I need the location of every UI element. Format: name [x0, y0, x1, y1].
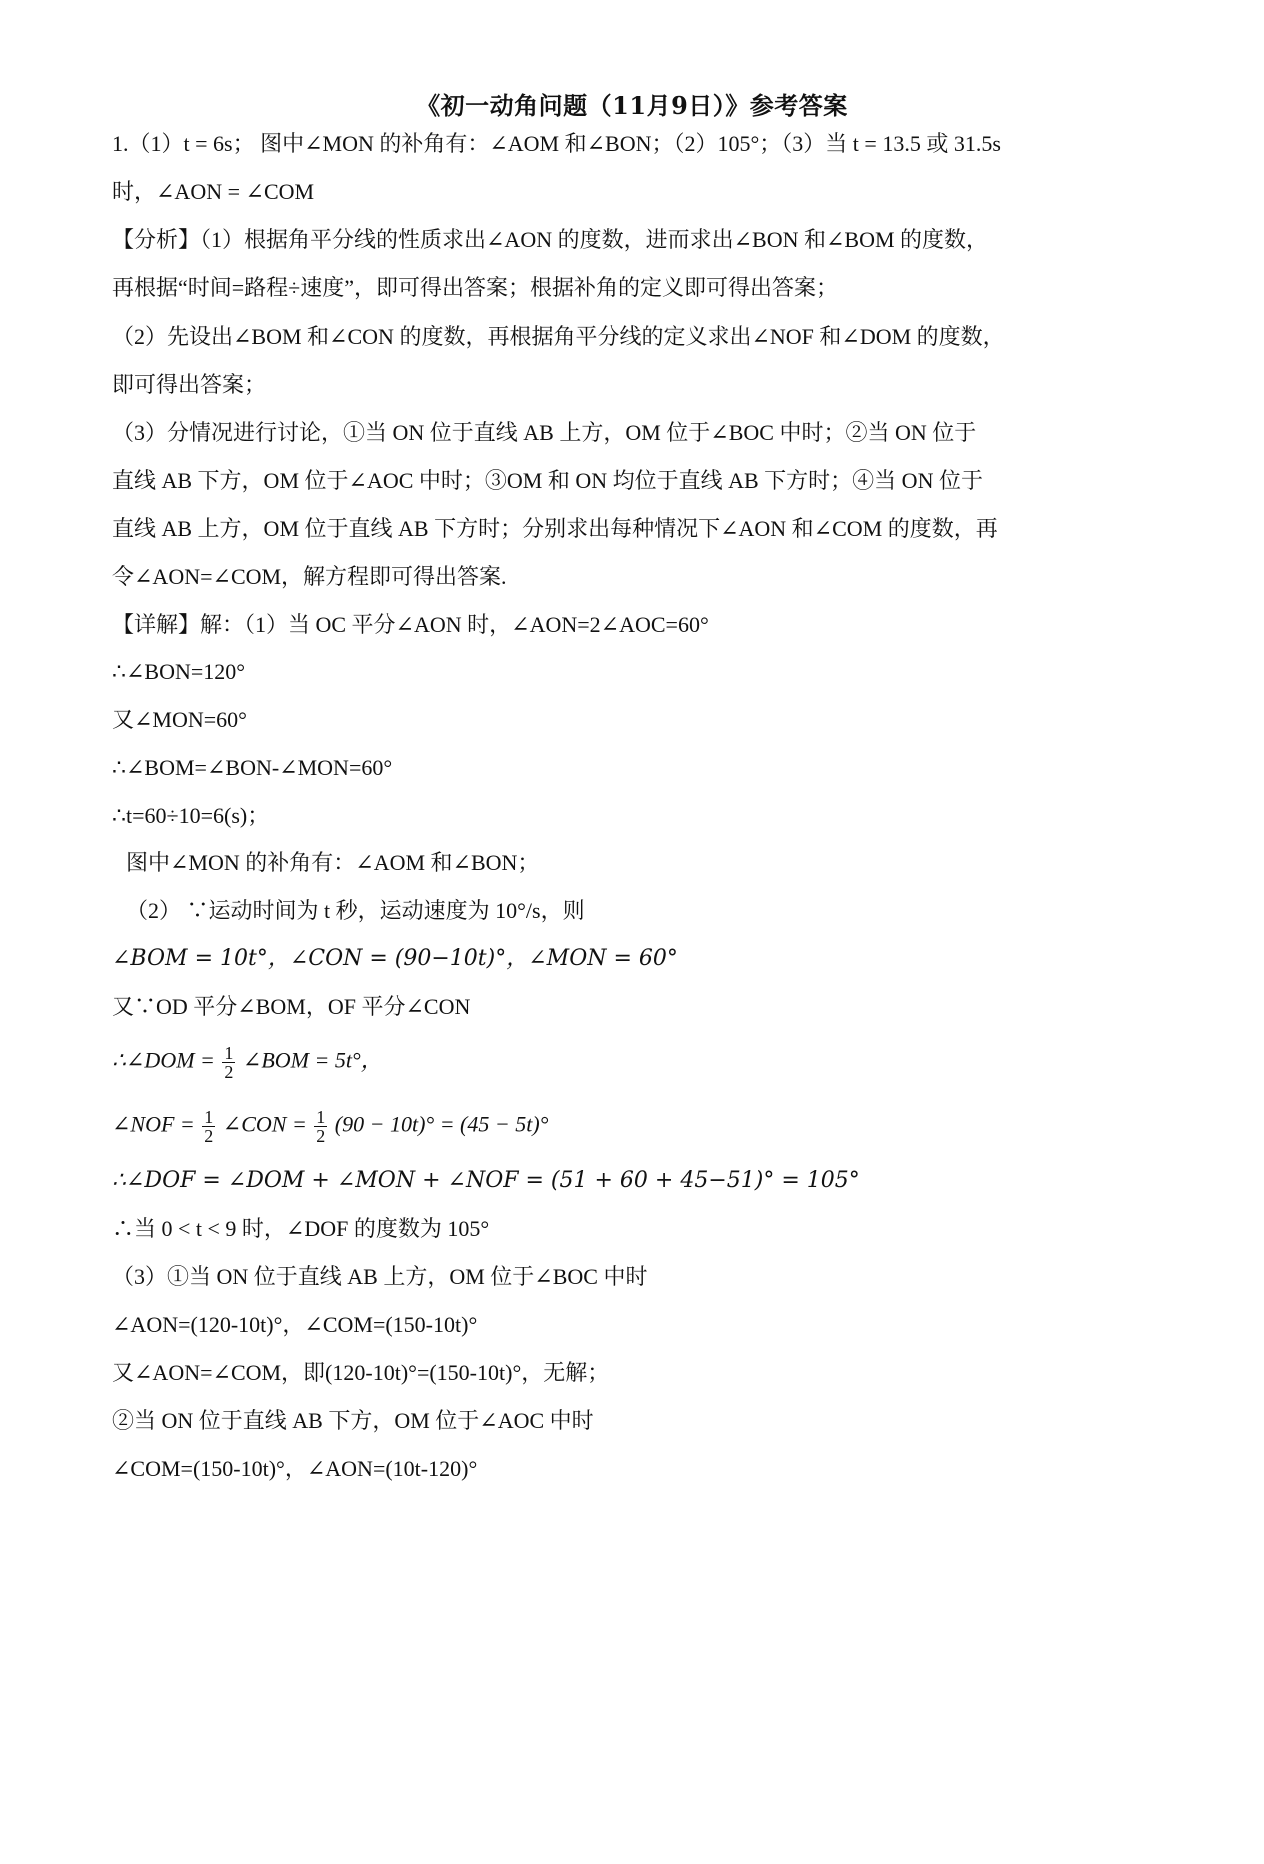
analysis-line-6: 直线 AB 下方，OM 位于∠AOC 中时；③OM 和 ON 均位于直线 AB …: [112, 466, 983, 496]
fraction-numerator: 1: [222, 1044, 235, 1063]
document-page: 《初一动角问题（11月9日）》参考答案 1.（1）t = 6s； 图中∠MON …: [0, 0, 1264, 1864]
detail-line-4: ∴∠BOM=∠BON-∠MON=60°: [112, 753, 392, 783]
dom-rhs: ∠BOM = 5t°，: [243, 1048, 383, 1073]
detail-line-6: 图中∠MON 的补角有：∠AOM 和∠BON；: [126, 848, 539, 878]
detail-line-18: ∠COM=(150-10t)°，∠AON=(10t-120)°: [112, 1454, 477, 1484]
detail-line-8: ∠BOM = 10t°，∠CON = (90−10t)°，∠MON = 60°: [112, 944, 678, 974]
detail-line-15: ∠AON=(120-10t)°，∠COM=(150-10t)°: [112, 1310, 477, 1340]
fraction-numerator: 1: [314, 1108, 327, 1127]
detail-line-5: ∴t=60÷10=6(s)；: [112, 801, 269, 831]
detail-line-13: ∴当 0 < t < 9 时，∠DOF 的度数为 105°: [112, 1214, 489, 1244]
analysis-line-3: （2）先设出∠BOM 和∠CON 的度数，再根据角平分线的定义求出∠NOF 和∠…: [112, 322, 1005, 352]
detail-line-3: 又∠MON=60°: [112, 705, 247, 735]
answer-line-2: 时，∠AON = ∠COM: [112, 177, 314, 207]
nof-mid: ∠CON =: [223, 1112, 307, 1137]
detail-line-7: （2） ∵运动时间为 t 秒，运动速度为 10°/s，则: [126, 896, 585, 926]
detail-line-1: 【详解】解：（1）当 OC 平分∠AON 时，∠AON=2∠AOC=60°: [112, 610, 709, 640]
analysis-line-4: 即可得出答案；: [112, 370, 266, 400]
analysis-line-1: 【分析】（1）根据角平分线的性质求出∠AON 的度数，进而求出∠BON 和∠BO…: [112, 225, 988, 255]
analysis-line-8: 令∠AON=∠COM，解方程即可得出答案.: [112, 562, 507, 592]
nof-lhs: ∠NOF =: [112, 1112, 195, 1137]
fraction-denominator: 2: [204, 1127, 213, 1145]
detail-line-2: ∴∠BON=120°: [112, 657, 245, 687]
fraction-numerator: 1: [202, 1108, 215, 1127]
fraction-half: 1 2: [222, 1044, 235, 1081]
fraction-denominator: 2: [316, 1127, 325, 1145]
dom-lhs: ∴∠DOM =: [112, 1048, 215, 1073]
answer-line-1: 1.（1）t = 6s； 图中∠MON 的补角有：∠AOM 和∠BON；（2）1…: [112, 129, 1001, 159]
fraction-denominator: 2: [224, 1063, 233, 1081]
fraction-half: 1 2: [202, 1108, 215, 1145]
analysis-line-2: 再根据“时间=路程÷速度”，即可得出答案；根据补角的定义即可得出答案；: [112, 273, 838, 303]
detail-line-9: 又∵OD 平分∠BOM，OF 平分∠CON: [112, 992, 470, 1022]
detail-line-14: （3）①当 ON 位于直线 AB 上方，OM 位于∠BOC 中时: [112, 1262, 647, 1292]
analysis-line-7: 直线 AB 上方，OM 位于直线 AB 下方时；分别求出每种情况下∠AON 和∠…: [112, 514, 998, 544]
detail-line-10: ∴∠DOM = 1 2 ∠BOM = 5t°，: [112, 1044, 383, 1081]
fraction-half: 1 2: [314, 1108, 327, 1145]
analysis-line-5: （3）分情况进行讨论，①当 ON 位于直线 AB 上方，OM 位于∠BOC 中时…: [112, 418, 976, 448]
document-title: 《初一动角问题（11月9日）》参考答案: [0, 86, 1264, 121]
detail-line-12: ∴∠DOF = ∠DOM + ∠MON + ∠NOF = (51 + 60 + …: [112, 1166, 860, 1196]
detail-line-11: ∠NOF = 1 2 ∠CON = 1 2 (90 − 10t)° = (45 …: [112, 1108, 548, 1145]
nof-rhs: (90 − 10t)° = (45 − 5t)°: [335, 1112, 549, 1137]
detail-line-17: ②当 ON 位于直线 AB 下方，OM 位于∠AOC 中时: [112, 1406, 594, 1436]
detail-line-16: 又∠AON=∠COM，即(120-10t)°=(150-10t)°，无解；: [112, 1358, 609, 1388]
